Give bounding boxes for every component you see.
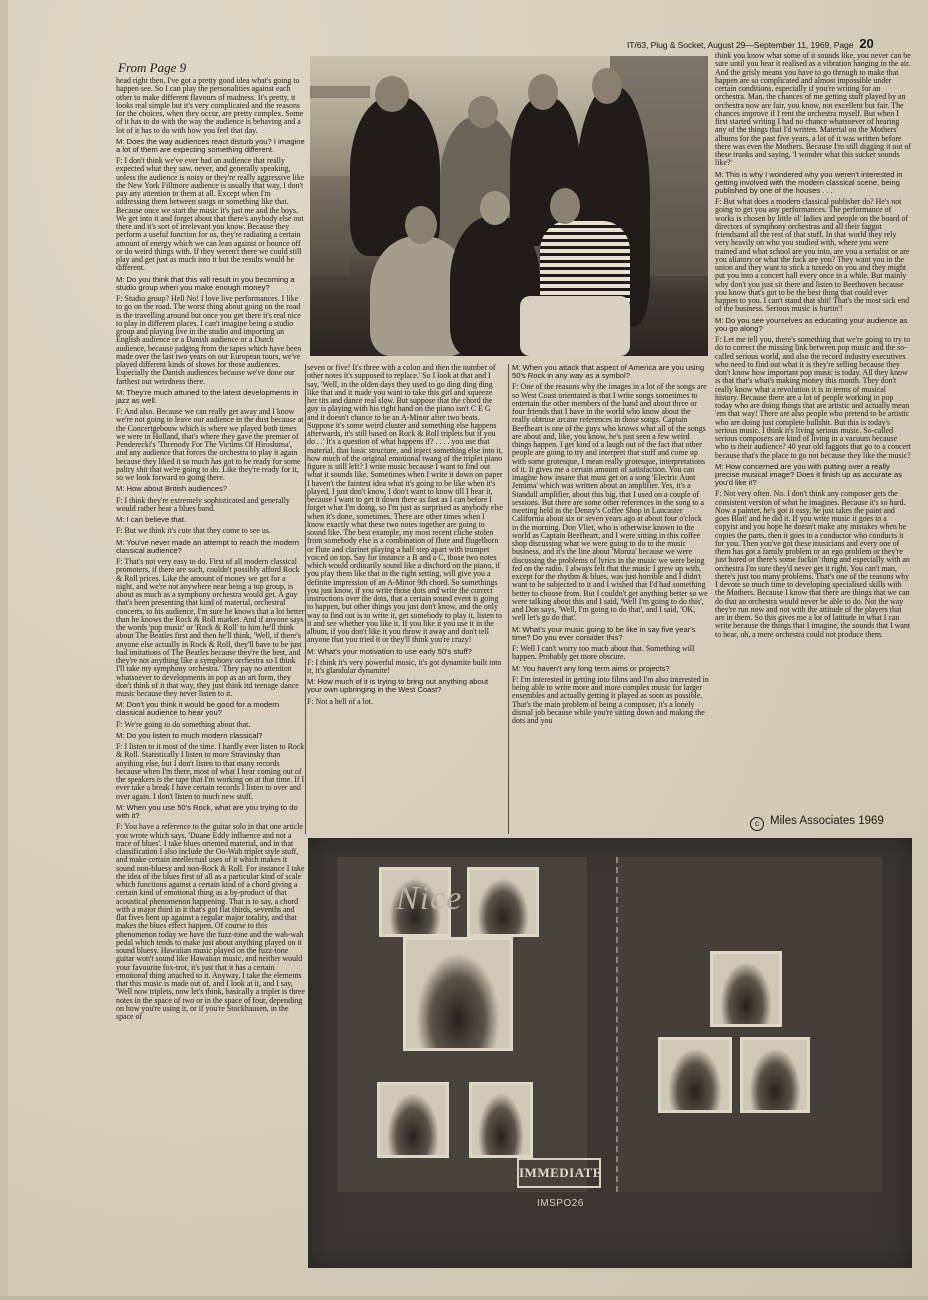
interview-question: M: I can believe that.: [116, 516, 305, 524]
interview-answer: F: But we think it's cute that they come…: [116, 527, 305, 535]
interview-question: M: How much of it is trying to bring out…: [307, 678, 503, 694]
interview-answer: F: And also. Because we can really get a…: [116, 408, 305, 482]
interview-question: M: Don't you think it would be good for …: [116, 701, 305, 717]
interview-question: M: They're much attuned to the latest de…: [116, 389, 305, 405]
interview-answer: F: I think it's very powerful music, it'…: [307, 659, 503, 676]
album-title-logo: Nice: [396, 880, 462, 918]
interview-question: M: Do you see yourselves as educating yo…: [715, 317, 911, 333]
interview-answer: F: I think they're extremely sophisticat…: [116, 497, 305, 514]
interview-answer: F: I'm interested in getting into films …: [512, 676, 709, 726]
record-label-logo: IMMEDIATE: [517, 1158, 601, 1188]
interview-question: M: Does the way audiences react disturb …: [116, 138, 305, 154]
interview-question: M: Do you think that this will result in…: [116, 276, 305, 292]
copyright-icon: c: [750, 817, 764, 831]
interview-question: M: How about British audiences?: [116, 485, 305, 493]
interview-answer: F: Studio group? Hell No! I love live pe…: [116, 295, 305, 386]
album-front-cover: [616, 857, 882, 1192]
interview-question: M: What's your music going to be like in…: [512, 626, 709, 642]
page-margin: [0, 0, 8, 1300]
interview-answer: head right then, I've got a pretty good …: [116, 77, 305, 135]
interview-answer: F: We're going to do something about tha…: [116, 721, 305, 729]
publication-line: IT/63, Plug & Socket, August 29—Septembe…: [627, 40, 853, 50]
interview-question: M: When you use 50's Rock, what are you …: [116, 804, 305, 820]
interview-question: M: This is why I wondered why you weren'…: [715, 171, 911, 196]
interview-answer: seven or five! It's three with a colon a…: [307, 364, 503, 645]
interview-answer: F: Not very often. No. I don't think any…: [715, 490, 911, 639]
page-header: IT/63, Plug & Socket, August 29—Septembe…: [627, 36, 895, 51]
continuation-label: From Page 9: [118, 60, 186, 76]
article-column-2: seven or five! It's three with a colon a…: [307, 364, 503, 709]
interview-answer: F: Well I can't worry too much about tha…: [512, 645, 709, 662]
interview-answer: F: That's not very easy to do. First of …: [116, 558, 305, 698]
interview-answer: think you know what some of it sounds li…: [715, 52, 911, 168]
band-photo: [310, 56, 708, 356]
page-number: 20: [859, 36, 873, 51]
column-divider: [508, 364, 509, 834]
copyright-text: Miles Associates 1969: [770, 815, 884, 827]
article-column-1: head right then, I've got a pretty good …: [116, 77, 305, 1024]
interview-answer: F: Let me tell you, there's something th…: [715, 336, 911, 460]
newspaper-page: IT/63, Plug & Socket, August 29—Septembe…: [0, 0, 928, 1300]
article-column-4: think you know what some of it sounds li…: [715, 52, 911, 642]
article-column-3: M: When you attack that aspect of Americ…: [512, 364, 709, 728]
interview-answer: F: I listen to it most of the time. I ha…: [116, 743, 305, 801]
interview-answer: F: But what does a modern classical publ…: [715, 198, 911, 314]
copyright-notice: cMiles Associates 1969: [750, 815, 884, 831]
interview-question: M: You haven't any long term aims or pro…: [512, 665, 709, 673]
interview-question: M: When you attack that aspect of Americ…: [512, 364, 709, 380]
interview-question: M: How concerned are you with putting ov…: [715, 463, 911, 488]
interview-answer: F: I don't think we've ever had an audie…: [116, 157, 305, 273]
interview-answer: F: You have a reference to the guitar so…: [116, 823, 305, 1021]
column-divider: [305, 364, 306, 834]
interview-question: M: You've never made an attempt to reach…: [116, 539, 305, 555]
interview-question: M: Do you listen to much modern classica…: [116, 732, 305, 740]
page-edge: [0, 1296, 928, 1300]
catalog-number: IMSPO26: [537, 1198, 584, 1209]
interview-question: M: What's your motivation to use early 5…: [307, 648, 503, 656]
interview-answer: F: Not a hell of a lot.: [307, 698, 503, 706]
interview-answer: F: One of the reasons why the images in …: [512, 383, 709, 622]
